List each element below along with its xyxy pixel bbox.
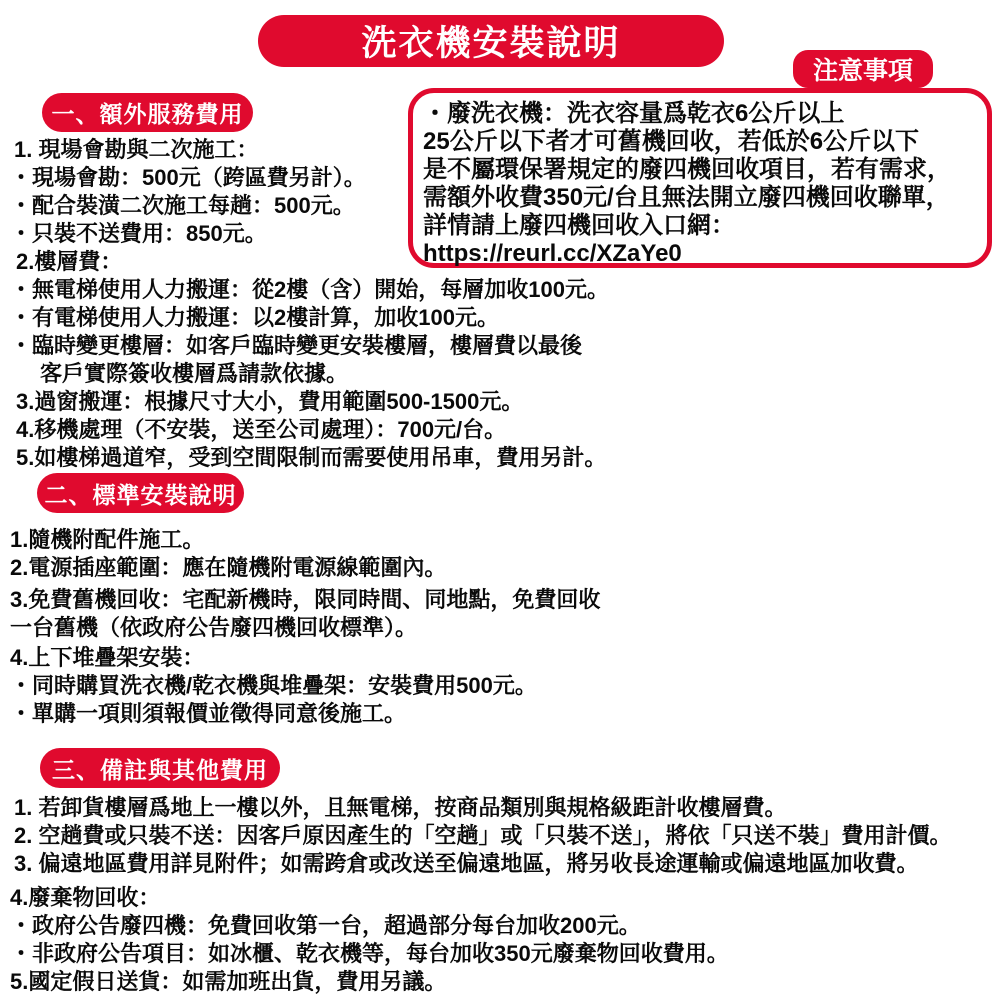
text-line: 5.國定假日送貨：如需加班出貨，費用另議。 (10, 968, 995, 996)
notice-line: 詳情請上廢四機回收入口網： (423, 212, 977, 240)
notice-badge: 注意事項 (793, 50, 933, 88)
text-line: 1. 若卸貨樓層爲地上一樓以外，且無電梯，按商品類別與規格級距計收樓層費。 (10, 794, 995, 822)
notice-line: 是不屬環保署規定的廢四機回收項目，若有需求， (423, 156, 977, 184)
text-line: ・無電梯使用人力搬運：從2樓（含）開始，每層加收100元。 (10, 276, 995, 304)
notice-box: ・廢洗衣機：洗衣容量爲乾衣6公斤以上25公斤以下者才可舊機回收，若低於6公斤以下… (408, 88, 992, 268)
notice-line: 25公斤以下者才可舊機回收，若低於6公斤以下 (423, 128, 977, 156)
section-notes-other-fees: 三、備註與其他費用 1. 若卸貨樓層爲地上一樓以外，且無電梯，按商品類別與規格級… (10, 748, 995, 996)
text-line: 客戶實際簽收樓層爲請款依據。 (10, 360, 995, 388)
recycle-portal-url[interactable]: https://reurl.cc/XZaYe0 (423, 240, 977, 268)
section-standard-installation-lines: 1.隨機附配件施工。2.電源插座範圍：應在隨機附電源線範圍內。3.免費舊機回收：… (10, 526, 995, 728)
installation-notice-page: 洗衣機安裝說明 注意事項 ・廢洗衣機：洗衣容量爲乾衣6公斤以上25公斤以下者才可… (0, 0, 1000, 1000)
section-heading-notes-other-fees: 三、備註與其他費用 (40, 748, 280, 788)
text-line: 一台舊機（依政府公告廢四機回收標準）。 (10, 614, 995, 642)
text-line: 1.隨機附配件施工。 (10, 526, 995, 554)
text-line: 4.移機處理（不安裝，送至公司處理）：700元/台。 (10, 416, 995, 444)
section-standard-installation: 二、標準安裝說明 1.隨機附配件施工。2.電源插座範圍：應在隨機附電源線範圍內。… (10, 473, 995, 728)
notice-lines: ・廢洗衣機：洗衣容量爲乾衣6公斤以上25公斤以下者才可舊機回收，若低於6公斤以下… (423, 100, 977, 240)
text-line: ・同時購買洗衣機/乾衣機與堆疊架：安裝費用500元。 (10, 672, 995, 700)
text-line: 4.廢棄物回收： (10, 884, 995, 912)
text-line: 4.上下堆疊架安裝： (10, 644, 995, 672)
text-line: 2. 空趟費或只裝不送：因客戶原因產生的「空趟」或「只裝不送」，將依「只送不裝」… (10, 822, 995, 850)
text-line: ・政府公告廢四機：免費回收第一台，超過部分每台加收200元。 (10, 912, 995, 940)
text-line: 3.免費舊機回收：宅配新機時，限同時間、同地點，免費回收 (10, 586, 995, 614)
section-heading-standard-installation: 二、標準安裝說明 (37, 473, 244, 513)
text-line: ・非政府公告項目：如冰櫃、乾衣機等，每台加收350元廢棄物回收費用。 (10, 940, 995, 968)
notice-line: ・廢洗衣機：洗衣容量爲乾衣6公斤以上 (423, 100, 977, 128)
text-line: 3. 偏遠地區費用詳見附件；如需跨倉或改送至偏遠地區，將另收長途運輸或偏遠地區加… (10, 850, 995, 878)
text-line: 5.如樓梯過道窄，受到空間限制而需要使用吊車，費用另計。 (10, 444, 995, 472)
section-notes-other-fees-lines: 1. 若卸貨樓層爲地上一樓以外，且無電梯，按商品類別與規格級距計收樓層費。2. … (10, 794, 995, 996)
page-title: 洗衣機安裝說明 (258, 15, 724, 67)
text-line: ・有電梯使用人力搬運：以2樓計算，加收100元。 (10, 304, 995, 332)
text-line: ・單購一項則須報價並徵得同意後施工。 (10, 700, 995, 728)
text-line: 3.過窗搬運：根據尺寸大小，費用範圍500-1500元。 (10, 388, 995, 416)
section-heading-extra-service-fees: 一、額外服務費用 (42, 93, 253, 132)
text-line: 2.電源插座範圍：應在隨機附電源線範圍內。 (10, 554, 995, 582)
text-line: ・臨時變更樓層：如客戶臨時變更安裝樓層，樓層費以最後 (10, 332, 995, 360)
notice-line: 需額外收費350元/台且無法開立廢四機回收聯單， (423, 184, 977, 212)
